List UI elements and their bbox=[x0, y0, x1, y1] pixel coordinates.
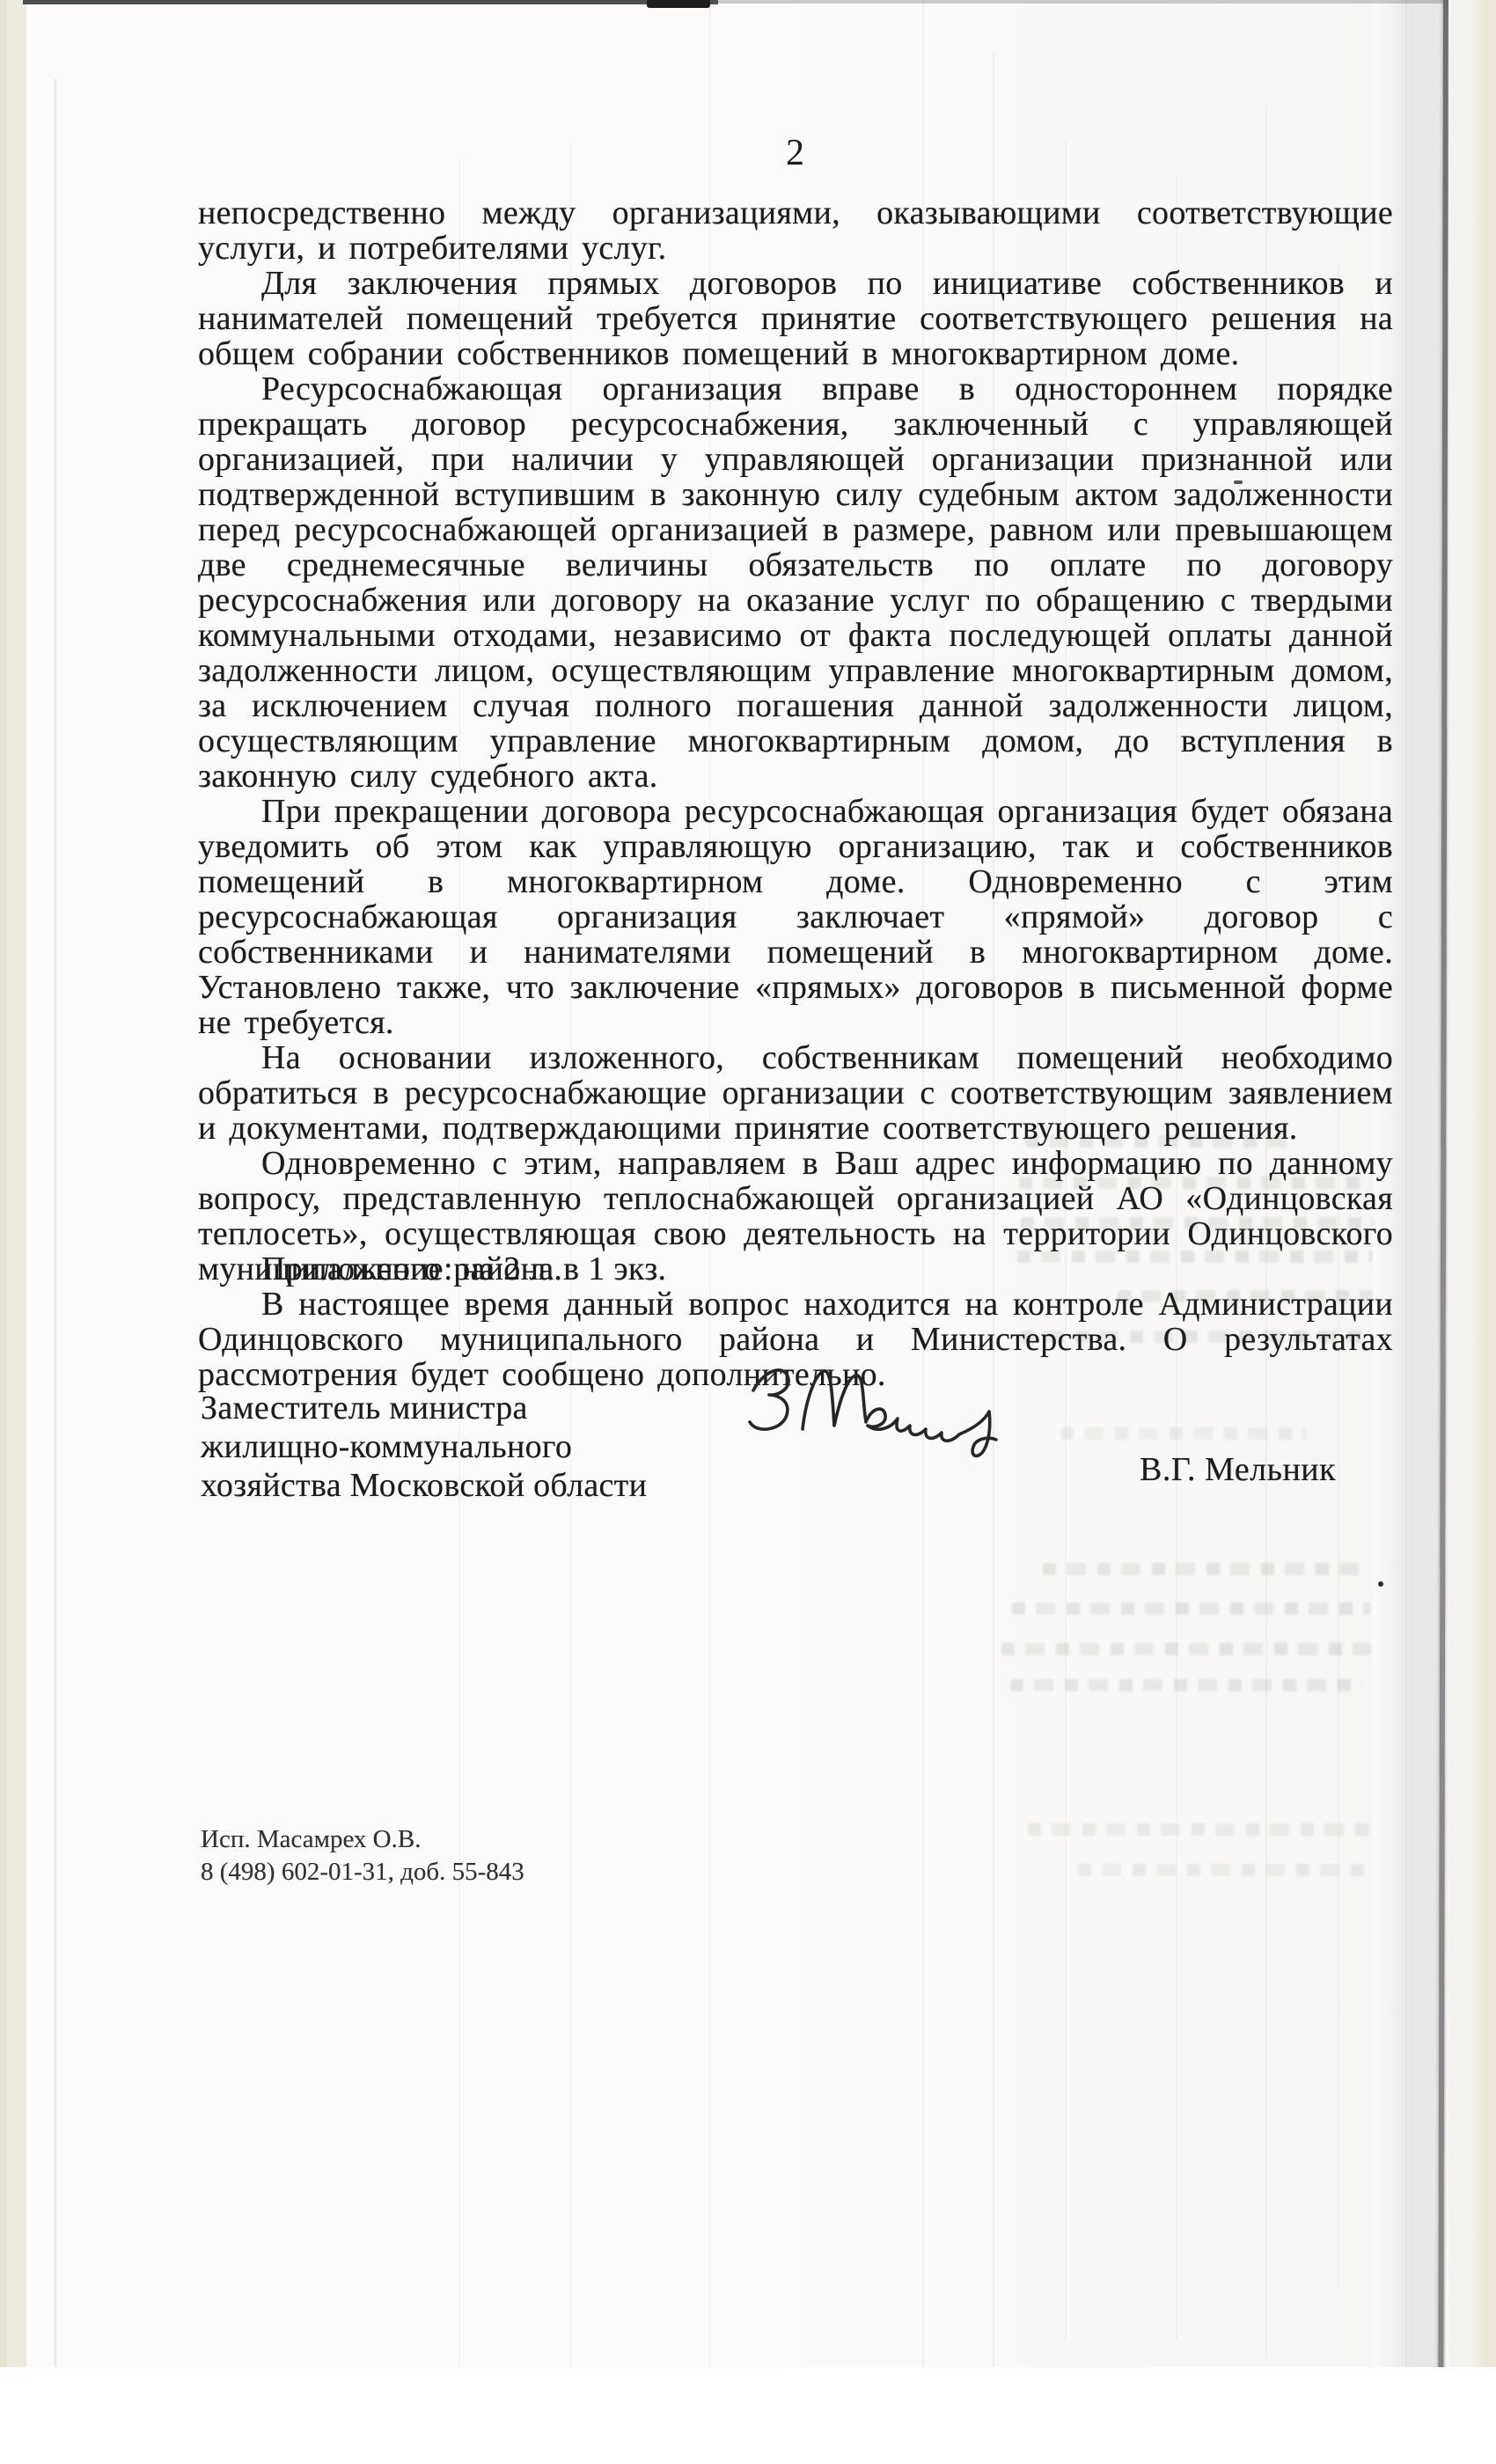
signer-position-line: жилищно-коммунального bbox=[201, 1427, 647, 1466]
bleedthrough-row bbox=[1028, 1823, 1371, 1836]
scan-right-edge bbox=[1448, 0, 1496, 2369]
body-paragraph: Для заключения прямых договоров по иници… bbox=[198, 266, 1393, 371]
executor-line: Исп. Масамрех О.В. bbox=[201, 1823, 524, 1856]
body-paragraph: На основании изложенного, собственникам … bbox=[198, 1040, 1393, 1146]
bleedthrough-row bbox=[1010, 1679, 1362, 1691]
bleedthrough-row bbox=[1043, 1563, 1368, 1575]
signer-position-line: Заместитель министра bbox=[201, 1389, 647, 1427]
page-number: 2 bbox=[198, 132, 1393, 174]
bleedthrough-row bbox=[1012, 1602, 1371, 1615]
scan-top-artifact bbox=[647, 0, 710, 8]
scan-left-edge bbox=[0, 0, 26, 2369]
bleedthrough-row bbox=[1060, 1427, 1307, 1440]
scan-top-edge-light bbox=[718, 0, 1443, 4]
body-paragraph: непосредственно между организациями, ока… bbox=[198, 195, 1393, 266]
document-page: 2 непосредственно между организациями, о… bbox=[0, 0, 1496, 2464]
letter-body: непосредственно между организациями, ока… bbox=[198, 195, 1393, 1392]
signer-position-line: хозяйства Московской области bbox=[201, 1466, 647, 1505]
scan-bottom-edge bbox=[0, 2367, 1496, 2464]
scan-speck bbox=[1378, 1581, 1383, 1587]
scan-top-edge bbox=[23, 0, 718, 4]
attachment-line: Приложение: на 2 л. в 1 экз. bbox=[261, 1250, 666, 1288]
scan-crease-line bbox=[55, 79, 56, 2367]
bleedthrough-row bbox=[1078, 1864, 1368, 1876]
body-paragraph: При прекращении договора ресурсоснабжающ… bbox=[198, 794, 1393, 1040]
signer-position: Заместитель министра жилищно-коммунально… bbox=[201, 1389, 647, 1505]
executor-footer: Исп. Масамрех О.В. 8 (498) 602-01-31, до… bbox=[201, 1823, 524, 1888]
bleedthrough-row bbox=[1001, 1643, 1371, 1655]
body-paragraph: Ресурсоснабжающая организация вправе в о… bbox=[198, 371, 1393, 794]
handwritten-signature bbox=[729, 1345, 1010, 1468]
signer-name: В.Г. Мельник bbox=[1140, 1450, 1336, 1489]
executor-phone: 8 (498) 602-01-31, доб. 55-843 bbox=[201, 1856, 524, 1888]
scan-streak bbox=[1405, 0, 1407, 2367]
